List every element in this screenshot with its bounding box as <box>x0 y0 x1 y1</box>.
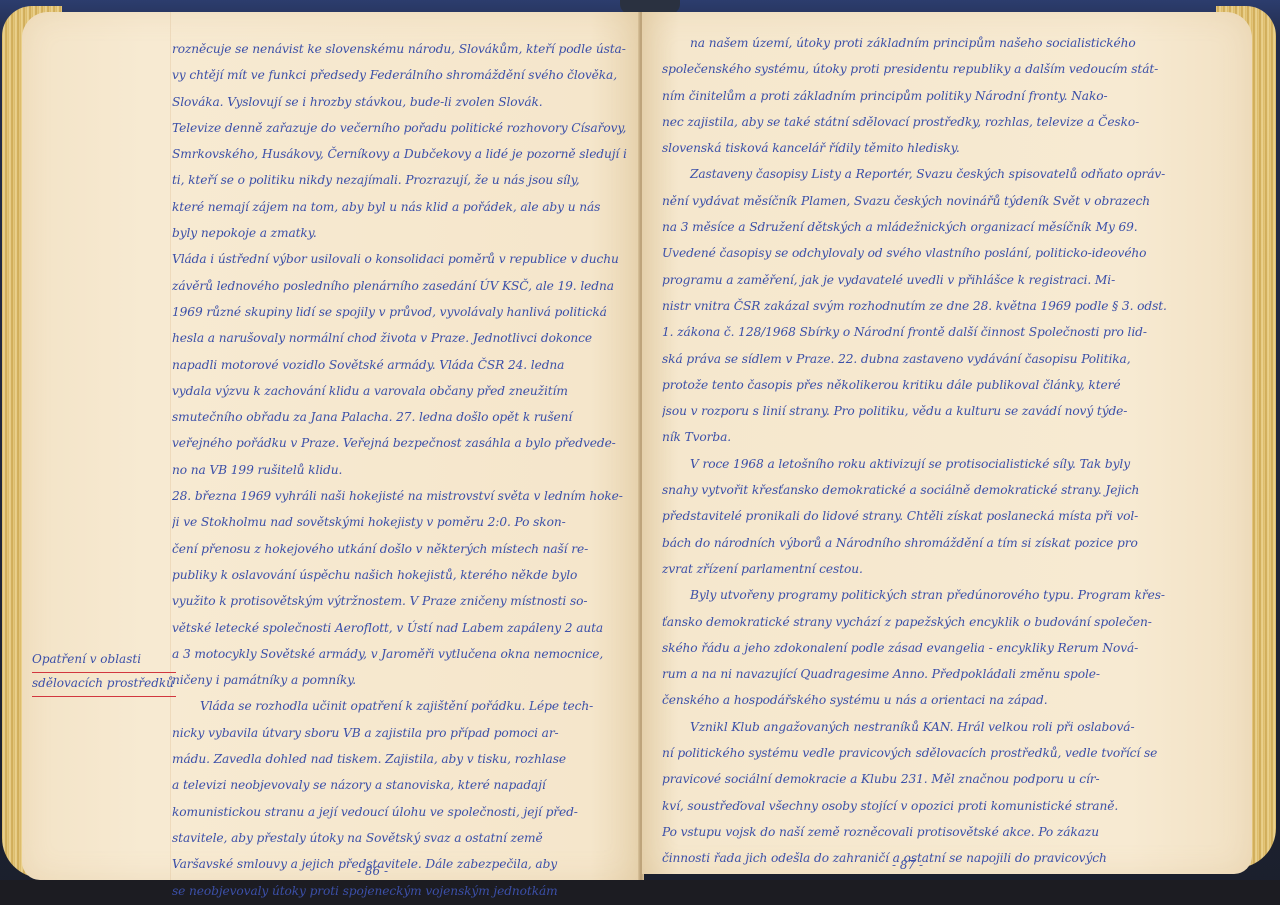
handwritten-line: 1969 různé skupiny lidí se spojily v prů… <box>172 299 634 325</box>
handwritten-line: a 3 motocykly Sovětské armády, v Jaroměř… <box>172 641 634 667</box>
handwritten-line: čenského a hospodářského systému u nás a… <box>662 687 1182 713</box>
handwritten-line: V roce 1968 a letošního roku aktivizují … <box>662 451 1182 477</box>
handwritten-line: se neobjevovaly útoky proti spojeneckým … <box>172 878 634 904</box>
handwritten-line: pravicové sociální demokracie a Klubu 23… <box>662 766 1182 792</box>
handwritten-line: čení přenosu z hokejového utkání došlo v… <box>172 536 634 562</box>
handwritten-line: Vláda se rozhodla učinit opatření k zaji… <box>172 693 634 719</box>
handwritten-line: využito k protisovětským výtržnostem. V … <box>172 588 634 614</box>
handwritten-line: rozněcuje se nenávist ke slovenskému nár… <box>172 36 634 62</box>
handwritten-line: 28. března 1969 vyhráli naši hokejisté n… <box>172 483 634 509</box>
handwritten-line: ťansko demokratické strany vychází z pap… <box>662 609 1182 635</box>
handwritten-line: snahy vytvořit křesťansko demokratické a… <box>662 477 1182 503</box>
handwritten-line: ského řádu a jeho zdokonalení podle zása… <box>662 635 1182 661</box>
handwritten-line: Uvedené časopisy se odchylovaly od svého… <box>662 240 1182 266</box>
handwritten-line: na našem území, útoky proti základním pr… <box>662 30 1182 56</box>
handwritten-line: 1. zákona č. 128/1968 Sbírky o Národní f… <box>662 319 1182 345</box>
handwritten-line: kví, soustřeďoval všechny osoby stojící … <box>662 793 1182 819</box>
right-page: na našem území, útoky proti základním pr… <box>642 12 1252 874</box>
handwritten-line: Po vstupu vojsk do naší země rozněcovali… <box>662 819 1182 845</box>
left-page-text: rozněcuje se nenávist ke slovenskému nár… <box>172 36 634 904</box>
handwritten-line: ník Tvorba. <box>662 424 1182 450</box>
page-number: - 87 - <box>892 858 923 872</box>
handwritten-line: vydala výzvu k zachování klidu a varoval… <box>172 378 634 404</box>
handwritten-line: komunistickou stranu a její vedoucí úloh… <box>172 799 634 825</box>
handwritten-line: větské letecké společnosti Aeroflott, v … <box>172 615 634 641</box>
handwritten-line: hesla a narušovaly normální chod života … <box>172 325 634 351</box>
handwritten-line: závěrů lednového posledního plenárního z… <box>172 273 634 299</box>
handwritten-line: nění vydávat měsíčník Plamen, Svazu česk… <box>662 188 1182 214</box>
handwritten-line: nec zajistila, aby se také státní sdělov… <box>662 109 1182 135</box>
handwritten-line: programu a zaměření, jak je vydavatelé u… <box>662 267 1182 293</box>
handwritten-line: bách do národních výborů a Národního shr… <box>662 530 1182 556</box>
handwritten-line: které nemají zájem na tom, aby byl u nás… <box>172 194 634 220</box>
handwritten-line: slovenská tisková kancelář řídily těmito… <box>662 135 1182 161</box>
handwritten-line: ní politického systému vedle pravicových… <box>662 740 1182 766</box>
margin-heading: Opatření v oblasti sdělovacích prostředk… <box>32 649 176 697</box>
handwritten-line: a televizi neobjevovaly se názory a stan… <box>172 772 634 798</box>
handwritten-line: stavitele, aby přestaly útoky na Sovětsk… <box>172 825 634 851</box>
handwritten-line: Byly utvořeny programy politických stran… <box>662 582 1182 608</box>
handwritten-line: byly nepokoje a zmatky. <box>172 220 634 246</box>
handwritten-line: zvrat zřízení parlamentní cestou. <box>662 556 1182 582</box>
handwritten-line: mádu. Zavedla dohled nad tiskem. Zajisti… <box>172 746 634 772</box>
handwritten-line: ničeny i památníky a pomníky. <box>172 667 634 693</box>
handwritten-line: veřejného pořádku v Praze. Veřejná bezpe… <box>172 430 634 456</box>
handwritten-line: vy chtějí mít ve funkci předsedy Federál… <box>172 62 634 88</box>
handwritten-line: společenského systému, útoky proti presi… <box>662 56 1182 82</box>
margin-heading-line-2: sdělovacích prostředků <box>32 673 176 697</box>
right-page-text: na našem území, útoky proti základním pr… <box>662 30 1182 872</box>
handwritten-line: no na VB 199 rušitelů klidu. <box>172 457 634 483</box>
handwritten-line: publiky k oslavování úspěchu našich hoke… <box>172 562 634 588</box>
handwritten-line: nistr vnitra ČSR zakázal svým rozhodnutí… <box>662 293 1182 319</box>
handwritten-line: protože tento časopis přes několikerou k… <box>662 372 1182 398</box>
left-page: Opatření v oblasti sdělovacích prostředk… <box>22 12 640 880</box>
handwritten-line: ti, kteří se o politiku nikdy nezajímali… <box>172 167 634 193</box>
margin-rule <box>170 12 171 880</box>
handwritten-line: ji ve Stokholmu nad sovětskými hokejisty… <box>172 509 634 535</box>
handwritten-line: Slováka. Vyslovují se i hrozby stávkou, … <box>172 89 634 115</box>
handwritten-line: představitelé pronikali do lidové strany… <box>662 503 1182 529</box>
handwritten-line: jsou v rozporu s linií strany. Pro polit… <box>662 398 1182 424</box>
handwritten-line: Vláda i ústřední výbor usilovali o konso… <box>172 246 634 272</box>
handwritten-line: nicky vybavila útvary sboru VB a zajisti… <box>172 720 634 746</box>
handwritten-line: rum a na ni navazující Quadragesime Anno… <box>662 661 1182 687</box>
handwritten-line: Zastaveny časopisy Listy a Reportér, Sva… <box>662 161 1182 187</box>
handwritten-line: Televize denně zařazuje do večerního poř… <box>172 115 634 141</box>
handwritten-line: napadli motorové vozidlo Sovětské armády… <box>172 352 634 378</box>
handwritten-line: Varšavské smlouvy a jejich představitele… <box>172 851 634 877</box>
handwritten-line: smutečního obřadu za Jana Palacha. 27. l… <box>172 404 634 430</box>
handwritten-line: ním činitelům a proti základním principů… <box>662 83 1182 109</box>
page-number: - 86 - <box>357 864 388 878</box>
margin-heading-line-1: Opatření v oblasti <box>32 649 176 673</box>
handwritten-line: Smrkovského, Husákovy, Černíkovy a Dubče… <box>172 141 634 167</box>
handwritten-line: Vznikl Klub angažovaných nestraníků KAN.… <box>662 714 1182 740</box>
handwritten-line: ská práva se sídlem v Praze. 22. dubna z… <box>662 346 1182 372</box>
handwritten-line: na 3 měsíce a Sdružení dětských a mládež… <box>662 214 1182 240</box>
